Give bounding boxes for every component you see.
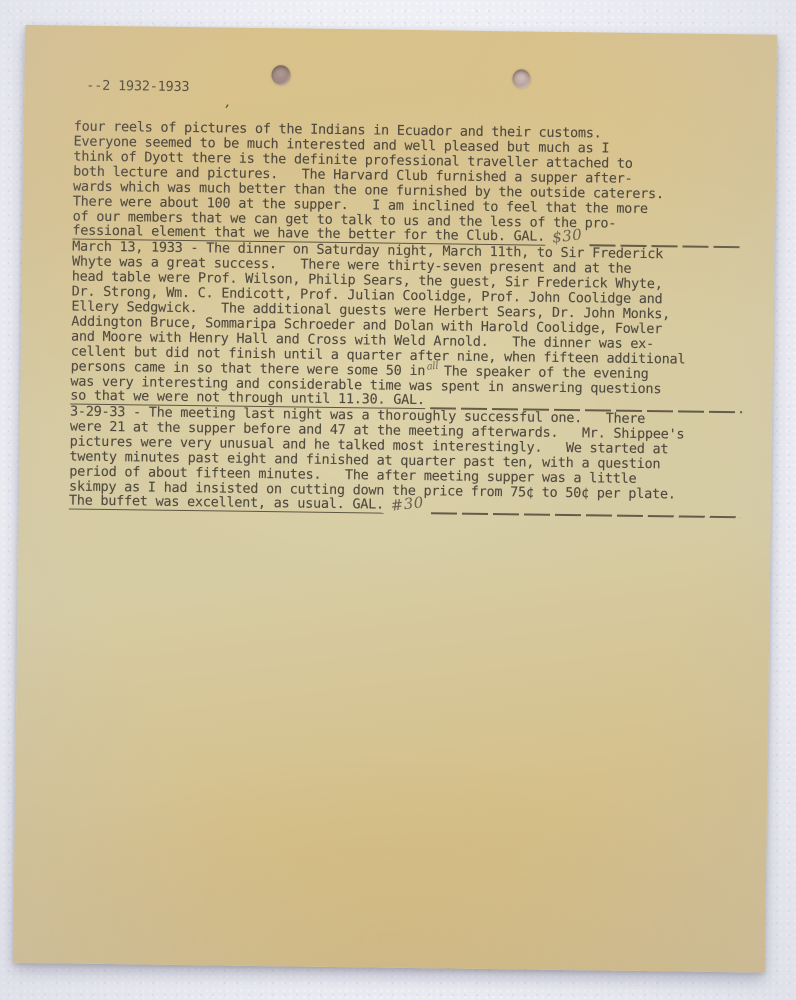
stray-ink-mark: , bbox=[222, 95, 233, 111]
handwritten-superscript: all bbox=[426, 359, 439, 375]
punch-hole-icon bbox=[271, 65, 290, 85]
handwritten-note: $30 bbox=[551, 227, 583, 245]
handwritten-note: #30 bbox=[390, 495, 425, 514]
document-body: four reels of pictures of the Indians in… bbox=[69, 120, 746, 519]
underlined-passage: The buffet was excellent, as usual. GAL. bbox=[69, 493, 384, 513]
paper-sheet: --2 1932-1933 , four reels of pictures o… bbox=[13, 25, 777, 973]
typed-rule-line bbox=[431, 512, 741, 518]
punch-hole-icon bbox=[512, 69, 530, 88]
photo-of-typewritten-document: { "photo": { "background_color": "#eff0f… bbox=[0, 0, 796, 1000]
page-header: --2 1932-1933 bbox=[86, 78, 189, 95]
